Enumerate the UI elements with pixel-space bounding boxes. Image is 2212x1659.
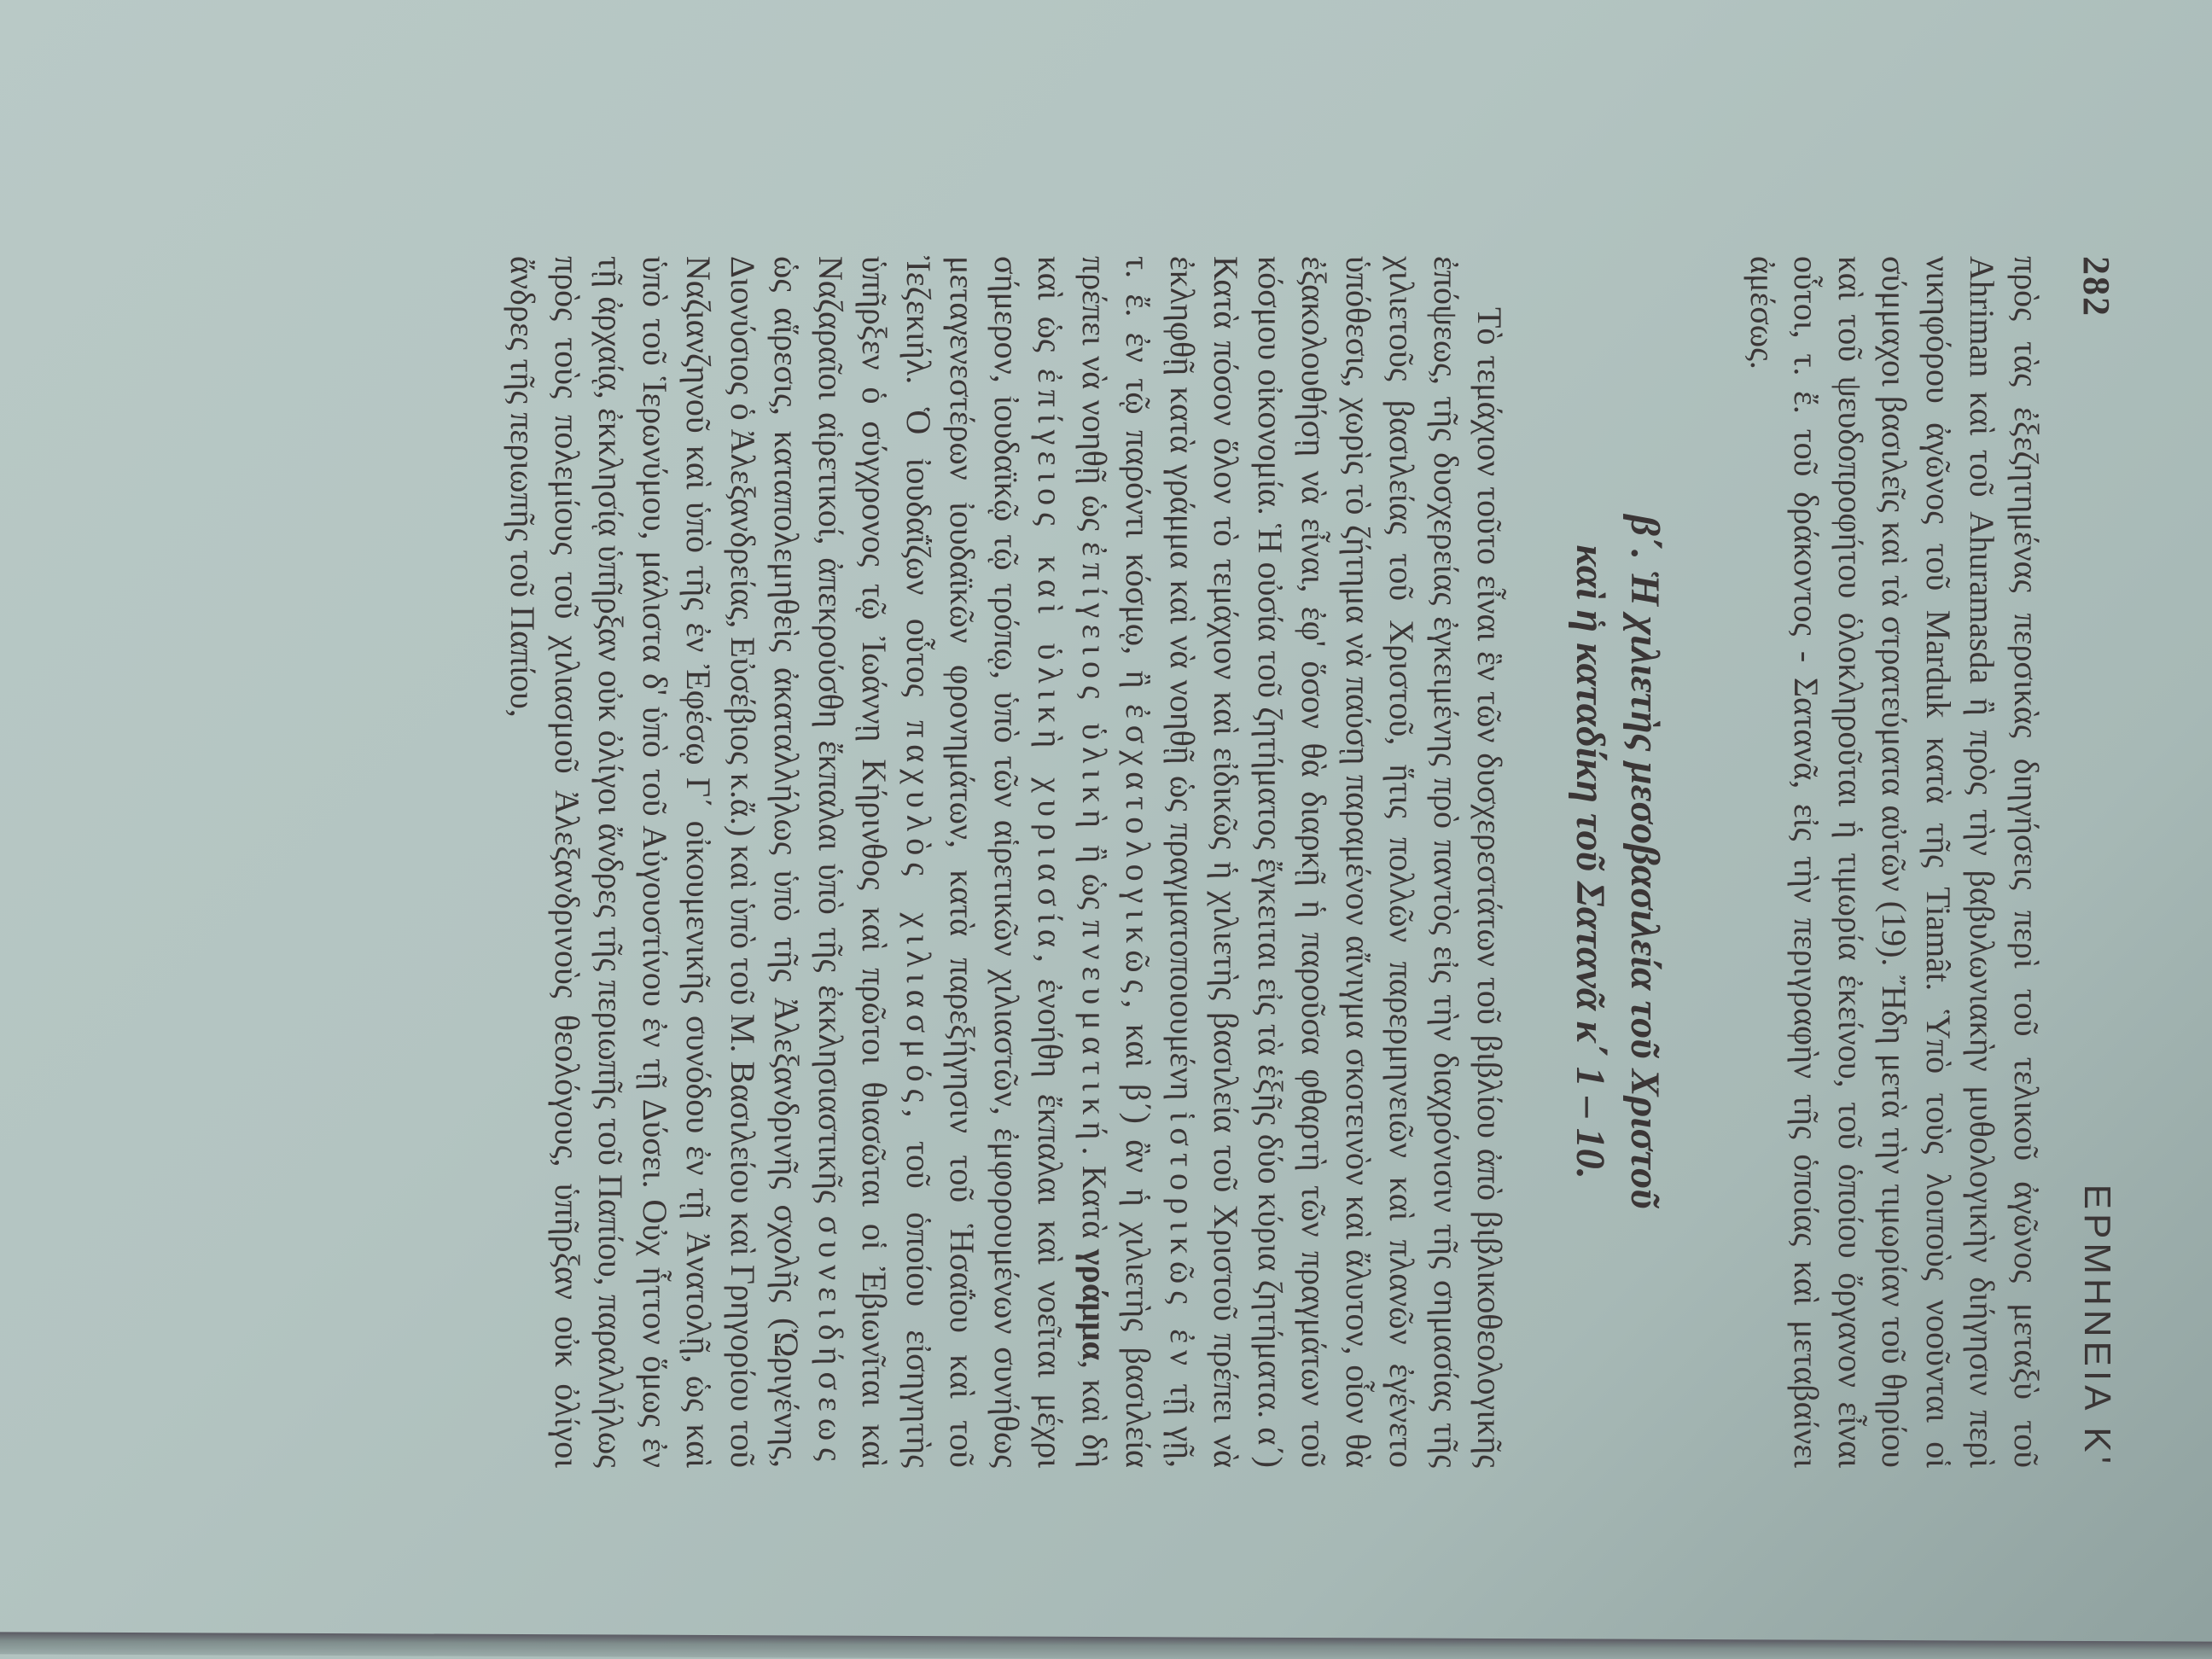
page-number: 282 (2075, 256, 2118, 317)
running-head: 282 ΕΡΜΗΝΕΙΑ Κ' (2067, 256, 2118, 1468)
spaced-emphasis: ἐπίγειος ὑλικὴ (1075, 542, 1114, 835)
body-text: . Κατὰ (1075, 1146, 1114, 1238)
spaced-emphasis: παχυλὸς χιλιασμός (899, 720, 938, 1109)
body-text: ὡς αἵρεσις, καταπολεμηθεὶς ἀκαταλλήλως ὑ… (504, 256, 806, 1468)
page-content: 282 ΕΡΜΗΝΕΙΑ Κ' πρὸς τὰς ἐξεζητημένας πε… (501, 256, 2118, 1468)
book-page: 282 ΕΡΜΗΝΕΙΑ Κ' πρὸς τὰς ἐξεζητημένας πε… (0, 0, 2212, 1659)
body-text: ἢ ὡς (1075, 845, 1114, 910)
carryover-paragraph: πρὸς τὰς ἐξεζητημένας περσικὰς διηγήσεις… (1741, 256, 2049, 1468)
running-title: ΕΡΜΗΝΕΙΑ Κ' (2075, 1185, 2118, 1468)
section-heading: β΄. Ἡ χιλιετὴς μεσοβασιλεία τοῦ Χριστοῦ … (1563, 256, 1673, 1468)
body-paragraph: Τὸ τεμάχιον τοῦτο εἶναι ἓν τῶν δυσχερεστ… (501, 256, 1512, 1468)
bold-emphasis: γράμμα (1075, 1249, 1114, 1360)
section-heading-line-2: καὶ ἡ καταδίκη τοῦ Σατανᾶ κ΄ 1 – 10. (1563, 256, 1618, 1468)
spaced-emphasis: ἐπίγειος καὶ ὑλικὴ χυριασία (1032, 369, 1070, 954)
spaced-emphasis: πνευματική (1075, 920, 1114, 1146)
section-heading-line-1: β΄. Ἡ χιλιετὴς μεσοβασιλεία τοῦ Χριστοῦ (1618, 256, 1673, 1468)
body-text: Τὸ τεμάχιον τοῦτο εἶναι ἓν τῶν δυσχερεστ… (1163, 256, 1510, 1468)
spaced-emphasis: ἱστορικῶς ἐν (1163, 1112, 1202, 1372)
spaced-emphasis: ἐσχατολογικῶς (1120, 704, 1158, 999)
spaced-emphasis: συνειδήσεως (812, 1216, 850, 1468)
